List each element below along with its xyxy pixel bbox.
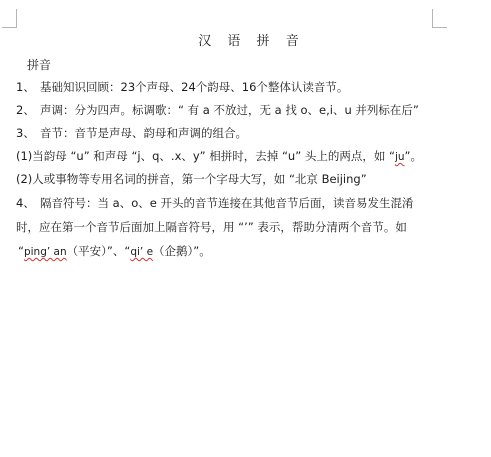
spellcheck-flagged-word: ping’ an: [24, 246, 67, 258]
list-item-text: 基础知识回顾：23个声母、24个韵母、16个整体认读音节。: [40, 80, 348, 94]
list-item-4-line-1: 4、隔音符号：当 a、o、e 开头的音节连接在其他音节后面，读音易发生混淆: [16, 195, 413, 211]
list-item-text: 声调：分为四声。标调歌：“ 有 a 不放过，无 a 找 o、e,i、u 并列标在…: [40, 103, 419, 117]
gloss-text: （平安）”、“: [67, 244, 131, 258]
list-item-4-line-3: “ping’ an（平安）”、“qi’ e（企鹅）”。: [18, 243, 211, 259]
sub-item-text-end: ”。: [405, 149, 422, 163]
sub-item-text: 人或事物等专用名词的拼音，第一个字母大写，如 “北京 Beijing”: [32, 172, 366, 186]
sub-item-prefix: (2): [16, 172, 32, 186]
page-margin-corner-mark-left: [2, 9, 17, 28]
list-item-number: 1、: [16, 79, 40, 95]
subheading: 拼音: [27, 56, 51, 73]
list-item-3: 3、音节：音节是声母、韵母和声调的组合。: [16, 125, 247, 141]
page-title: 汉 语 拼 音: [0, 30, 491, 49]
list-item-number: 4、: [16, 195, 40, 211]
sub-item-text: 当韵母 “u” 和声母 “j、q、.x、y” 相拼时，去掉 “u” 头上的两点，…: [32, 149, 395, 163]
list-item-text: 隔音符号：当 a、o、e 开头的音节连接在其他音节后面，读音易发生混淆: [40, 196, 413, 210]
gloss-text: （企鹅）”。: [153, 244, 211, 258]
sub-item-prefix: (1): [16, 149, 32, 163]
list-item-number: 2、: [16, 102, 40, 118]
list-item-1: 1、基础知识回顾：23个声母、24个韵母、16个整体认读音节。: [16, 79, 348, 95]
spellcheck-flagged-word: ju: [395, 151, 405, 163]
list-item-4-line-2: 时，应在第一个音节后面加上隔音符号，用 “’” 表示，帮助分清两个音节。如: [16, 219, 407, 235]
list-item-2: 2、声调：分为四声。标调歌：“ 有 a 不放过，无 a 找 o、e,i、u 并列…: [16, 102, 419, 118]
list-item-number: 3、: [16, 125, 40, 141]
spellcheck-flagged-word: qi’ e: [130, 246, 153, 258]
page-margin-corner-mark-right: [432, 9, 447, 28]
sub-item-1: (1)当韵母 “u” 和声母 “j、q、.x、y” 相拼时，去掉 “u” 头上的…: [16, 148, 422, 164]
list-item-text: 音节：音节是声母、韵母和声调的组合。: [40, 126, 247, 140]
sub-item-2: (2)人或事物等专用名词的拼音，第一个字母大写，如 “北京 Beijing”: [16, 171, 367, 187]
